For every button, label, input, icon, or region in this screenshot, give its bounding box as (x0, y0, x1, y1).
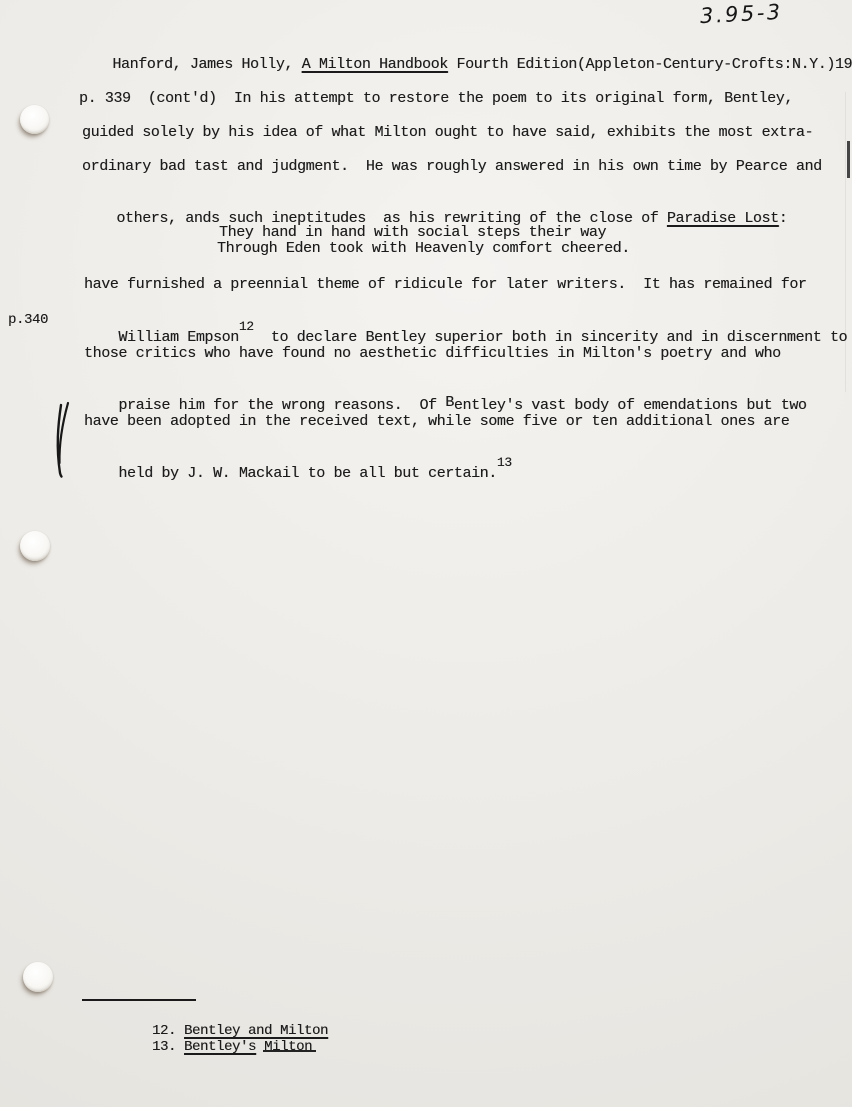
footnote-ref-12: 12 (239, 319, 254, 334)
scan-edge-mark (847, 141, 850, 178)
punch-hole-middle (20, 531, 50, 561)
para2-line2-name: William Empson (118, 329, 238, 346)
header-author: Hanford, James Holly, (112, 56, 301, 73)
header-book-title: A Milton Handbook (302, 56, 448, 73)
para2-line5: have been adopted in the received text, … (84, 413, 789, 431)
para2-line2-rest: to declare Bentley superior both in sinc… (254, 329, 848, 346)
paradise-lost-title: Paradise Lost (667, 210, 779, 227)
footnote-13-title-part2: Milton (264, 1039, 312, 1055)
para2-line6: held by J. W. Mackail to be all but cert… (84, 447, 512, 501)
scanned-page: 3.95-3 Hanford, James Holly, A Milton Ha… (0, 0, 852, 1107)
punch-hole-top (20, 105, 49, 134)
para2-line4-rest: entley's vast body of emendations but tw… (454, 397, 807, 414)
para2-line1: have furnished a preennial theme of ridi… (84, 276, 807, 294)
footnote-13-number: 13. (152, 1039, 184, 1055)
para2-line4-text: praise him for the wrong reasons. Of (118, 397, 445, 414)
footnote-separator (82, 999, 196, 1001)
margin-page-label: p.340 (8, 311, 48, 329)
verse-line2: Through Eden took with Heavenly comfort … (217, 240, 630, 258)
para2-line3: those critics who have found no aestheti… (84, 345, 781, 363)
footnote-13-space (256, 1039, 264, 1055)
para2-line4-raised-b: B (445, 394, 454, 411)
para1-line3: ordinary bad tast and judgment. He was r… (82, 158, 822, 176)
para1-line4-colon: : (779, 210, 788, 227)
page-edge-crease (845, 92, 846, 392)
header-edition: Fourth Edition(Appleton-Century-Crofts:N… (448, 56, 852, 73)
footnote-13: 13. Bentley's Milton (120, 1020, 312, 1074)
para1-line2: guided solely by his idea of what Milton… (82, 124, 813, 142)
handwritten-number: 3.95-3 (699, 0, 783, 28)
bibliographic-header: Hanford, James Holly, A Milton Handbook … (78, 38, 852, 92)
footnote-13-title-part1: Bentley's (184, 1039, 256, 1055)
para2-line6-text: held by J. W. Mackail to be all but cert… (118, 465, 496, 482)
footnote-ref-13: 13 (497, 455, 512, 470)
punch-hole-bottom (23, 962, 53, 992)
para1-line1: p. 339 (cont'd) In his attempt to restor… (79, 90, 793, 108)
margin-emphasis-mark (49, 399, 75, 481)
